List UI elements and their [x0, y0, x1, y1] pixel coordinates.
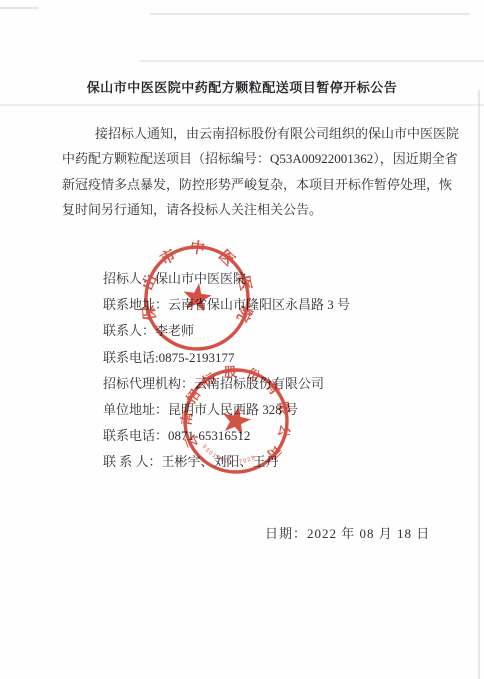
- scan-artifact-line: [0, 7, 38, 9]
- contact-info-block: 招标人：保山市中医医院 联系地址：云南省保山市隆阳区永昌路 3 号 联系人：李老…: [103, 266, 433, 476]
- scan-artifact-line: [150, 13, 470, 15]
- document-title: 保山市中医医院中药配方颗粒配送项目暂停开标公告: [0, 77, 484, 96]
- document-date: 日期：2022 年 08 月 18 日: [265, 523, 430, 542]
- announcement-document: 保山市中医医院中药配方颗粒配送项目暂停开标公告 接招标人通知，由云南招标股份有限…: [0, 0, 484, 679]
- paragraph-line: 新冠疫情多点暴发，防控形势严峻复杂，本项目开标作暂停处理，恢: [62, 172, 422, 197]
- body-paragraph: 接招标人通知，由云南招标股份有限公司组织的保山市中医医院 中药配方颗粒配送项目（…: [62, 121, 422, 222]
- info-line-agency-address: 单位地址：昆明市人民西路 328 号: [103, 397, 433, 423]
- info-line-agency: 招标代理机构：云南招标股份有限公司: [103, 371, 433, 397]
- scan-edge-line: [478, 90, 480, 679]
- info-line-agency-phone: 联系电话：0871-65316512: [103, 423, 433, 449]
- paragraph-line: 中药配方颗粒配送项目（招标编号：Q53A00922001362），因近期全省: [62, 146, 422, 171]
- info-line-address: 联系地址：云南省保山市隆阳区永昌路 3 号: [103, 292, 433, 318]
- paragraph-line: 复时间另行通知，请各投标人关注相关公告。: [62, 197, 422, 222]
- info-line-phone: 联系电话:0875-2193177: [103, 345, 433, 371]
- scan-artifact-line: [140, 60, 484, 62]
- info-line-tenderer: 招标人：保山市中医医院: [103, 266, 433, 292]
- info-line-contact: 联系人：李老师: [103, 318, 433, 344]
- info-line-agency-contacts: 联 系 人：王彬宇、刘阳、王丹: [103, 449, 433, 475]
- scan-artifact-line: [0, 104, 484, 106]
- paragraph-line: 接招标人通知，由云南招标股份有限公司组织的保山市中医医院: [62, 121, 422, 146]
